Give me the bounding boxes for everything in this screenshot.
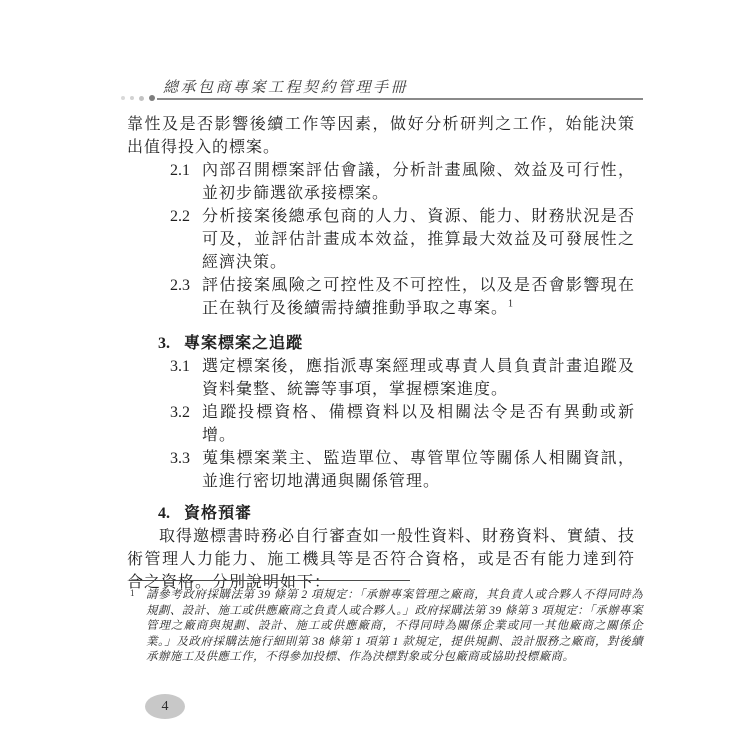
section-4-paragraph: 取得邀標書時務必自行審查如一般性資料、財務資料、實績、技術管理人力能力、施工機具… xyxy=(127,525,635,594)
header-rule xyxy=(157,98,643,100)
item-number: 3.1 xyxy=(170,355,202,401)
list-item-3-2: 3.2 追蹤投標資格、備標資料以及相關法令是否有異動或新增。 xyxy=(127,401,635,447)
item-number: 2.3 xyxy=(170,274,202,320)
item-text: 蒐集標案業主、監造單位、專管單位等關係人相關資訊，並進行密切地溝通與關係管理。 xyxy=(202,447,635,493)
dot-icon xyxy=(130,96,134,100)
section-title: 專案標案之追蹤 xyxy=(184,332,303,355)
dot-icon xyxy=(121,96,125,100)
item-text-content: 評估接案風險之可控性及不可控性，以及是否會影響現在正在執行及後續需持續推動爭取之… xyxy=(202,277,635,317)
list-item-2-3: 2.3 評估接案風險之可控性及不可控性，以及是否會影響現在正在執行及後續需持續推… xyxy=(127,274,635,320)
item-number: 2.2 xyxy=(170,205,202,274)
section-number: 4. xyxy=(158,502,184,525)
footnote-text: 請參考政府採購法第 39 條第 2 項規定：「承辦專案管理之廠商，其負責人或合夥… xyxy=(146,589,643,663)
item-number: 3.3 xyxy=(170,447,202,493)
page-body: 靠性及是否影響後續工作等因素，做好分析研判之工作，始能決策出值得投入的標案。 2… xyxy=(127,113,635,594)
section-3-heading: 3. 專案標案之追蹤 xyxy=(127,332,635,355)
running-header-title: 總承包商專案工程契約管理手冊 xyxy=(163,76,408,97)
footnote-separator-rule xyxy=(129,580,410,581)
item-number: 2.1 xyxy=(170,159,202,205)
page-number: 4 xyxy=(162,699,169,715)
footnote: 1 請參考政府採購法第 39 條第 2 項規定：「承辦專案管理之廠商，其負責人或… xyxy=(129,588,643,666)
list-item-2-1: 2.1 內部召開標案評估會議，分析計畫風險、效益及可行性，並初步篩選欲承接標案。 xyxy=(127,159,635,205)
intro-paragraph: 靠性及是否影響後續工作等因素，做好分析研判之工作，始能決策出值得投入的標案。 xyxy=(127,113,635,159)
list-item-3-1: 3.1 選定標案後，應指派專案經理或專責人員負責計畫追蹤及資料彙整、統籌等事項，… xyxy=(127,355,635,401)
scanned-document-page: 總承包商專案工程契約管理手冊 靠性及是否影響後續工作等因素，做好分析研判之工作，… xyxy=(0,0,750,750)
item-number: 3.2 xyxy=(170,401,202,447)
item-text: 選定標案後，應指派專案經理或專責人員負責計畫追蹤及資料彙整、統籌等事項，掌握標案… xyxy=(202,355,635,401)
item-text: 評估接案風險之可控性及不可控性，以及是否會影響現在正在執行及後續需持續推動爭取之… xyxy=(202,274,635,320)
footnote-marker: 1 xyxy=(130,586,135,602)
list-item-3-3: 3.3 蒐集標案業主、監造單位、專管單位等關係人相關資訊，並進行密切地溝通與關係… xyxy=(127,447,635,493)
header-decoration-dots xyxy=(121,95,155,101)
list-item-2-2: 2.2 分析接案後總承包商的人力、資源、能力、財務狀況是否可及，並評估計畫成本效… xyxy=(127,205,635,274)
section-number: 3. xyxy=(158,332,184,355)
section-title: 資格預審 xyxy=(184,502,252,525)
section-4-heading: 4. 資格預審 xyxy=(127,502,635,525)
footnote-reference: 1 xyxy=(508,299,513,310)
item-text: 追蹤投標資格、備標資料以及相關法令是否有異動或新增。 xyxy=(202,401,635,447)
page-number-badge: 4 xyxy=(145,694,185,719)
dot-icon xyxy=(149,95,155,101)
item-text: 分析接案後總承包商的人力、資源、能力、財務狀況是否可及，並評估計畫成本效益，推算… xyxy=(202,205,635,274)
item-text: 內部召開標案評估會議，分析計畫風險、效益及可行性，並初步篩選欲承接標案。 xyxy=(202,159,635,205)
dot-icon xyxy=(139,96,144,101)
